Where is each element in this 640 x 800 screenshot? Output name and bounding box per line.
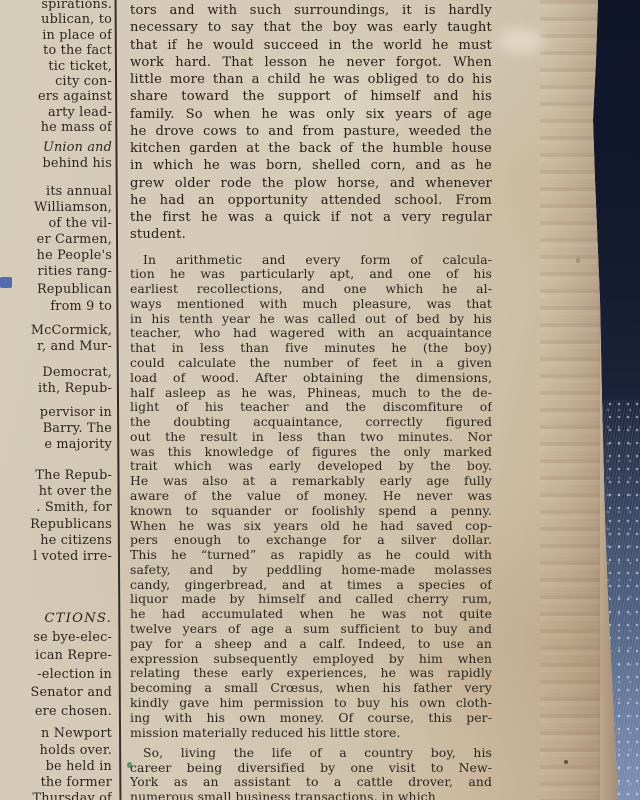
left-column-group: pervisor inBarry. Thee majority [0, 405, 112, 453]
text-line: He was also at a remarkably early age fu… [130, 474, 492, 489]
text-line: Republican [0, 282, 112, 298]
text-line: ith, Repub- [0, 381, 112, 397]
text-line: candy, gingerbread, and at times a speci… [130, 578, 492, 593]
text-line: ht over the [0, 484, 112, 500]
blue-ink-mark [0, 277, 12, 288]
text-line: teacher, who had wagered with an acquain… [130, 326, 492, 341]
text-line: its annual [0, 184, 112, 200]
text-line: known to squander or foolishly spend a p… [130, 504, 492, 519]
text-line: share toward the support of himself and … [130, 88, 492, 105]
text-line: . Smith, for [0, 500, 112, 516]
text-line: necessary to say that the boy was early … [130, 19, 492, 36]
photo-background: spirations.ublican, toin place ofto the … [0, 0, 640, 800]
text-line: ing with his own money. Of course, this … [130, 711, 492, 726]
text-line: Senator and [0, 684, 112, 703]
text-line: York as an assistant to a cattle drover,… [130, 775, 492, 790]
text-line: work hard. That lesson he never forgot. … [130, 54, 492, 71]
text-line: from 9 to [0, 299, 112, 315]
text-line: out the result in less than two minutes.… [130, 430, 492, 445]
text-line: tors and with such surroundings, it is h… [130, 2, 492, 19]
left-column-group: n Newportholds over.be held inthe former… [0, 726, 112, 800]
text-line: light of his teacher and the discomfitur… [130, 400, 492, 415]
text-line: the first he was a quick if not a very r… [130, 209, 492, 226]
text-line: ways mentioned with much pleasure, was t… [130, 297, 492, 312]
text-line: pay for a sheep and a calf. Indeed, to u… [130, 637, 492, 652]
text-line: Williamson, [0, 200, 112, 216]
paper-torn-edge [540, 0, 600, 800]
text-line: in his tenth year he was called out of b… [130, 312, 492, 327]
brown-speck [576, 258, 580, 263]
text-line: ers against [0, 89, 112, 104]
text-line: student. [130, 226, 492, 243]
text-line: Union and [0, 140, 112, 156]
column-divider-rule [115, 0, 122, 800]
text-line: could calculate the number of feet in a … [130, 356, 492, 371]
text-line: Thursday of [0, 791, 112, 800]
left-column-group: Union andbehind his [0, 140, 112, 172]
left-column-group: McCormick,r, and Mur- [0, 323, 112, 355]
left-column-truncated: spirations.ublican, toin place ofto the … [0, 0, 112, 800]
text-line: he citizens [0, 533, 112, 549]
text-line: expression subsequently employed by him … [130, 652, 492, 667]
article-paragraph: In arithmetic and every form of calcula-… [130, 253, 492, 741]
text-line: relating these early experiences, he was… [130, 666, 492, 681]
text-line: numerous small business transactions, in… [130, 790, 492, 800]
text-line: mission materially reduced his little st… [130, 726, 492, 741]
left-column-group: CTIONS. [0, 611, 112, 627]
dark-speck [564, 760, 568, 764]
text-line: spirations. [0, 0, 112, 12]
text-line: The Repub- [0, 468, 112, 484]
text-line: arty lead- [0, 105, 112, 120]
left-column-group: se bye-elec-ican Repre--election inSenat… [0, 629, 112, 722]
text-line: in which he was born, shelled corn, and … [130, 157, 492, 174]
text-line: ere chosen. [0, 703, 112, 722]
text-line: n Newport [0, 726, 112, 742]
left-column-group: Democrat,ith, Repub- [0, 365, 112, 397]
text-line: that in less than five minutes he (the b… [130, 341, 492, 356]
paper-highlight [498, 28, 544, 54]
text-line: McCormick, [0, 323, 112, 339]
text-line: in place of [0, 28, 112, 43]
text-line: pers enough to exchange for a silver dol… [130, 533, 492, 548]
text-line: holds over. [0, 743, 112, 759]
text-line: he People's [0, 248, 112, 264]
text-line: the former [0, 775, 112, 791]
left-column-group: The Repub-ht over the. Smith, forRepubli… [0, 468, 112, 565]
text-line: safety, and by peddling home-made molass… [130, 563, 492, 578]
left-column-group: spirations.ublican, toin place ofto the … [0, 0, 112, 136]
text-line: that if he would succeed in the world he… [130, 37, 492, 54]
text-line: aware of the value of money. He never wa… [130, 489, 492, 504]
text-line: the doubting acquaintance, correctly fig… [130, 415, 492, 430]
main-article-column: tors and with such surroundings, it is h… [130, 2, 492, 800]
text-line: l voted irre- [0, 549, 112, 565]
text-line: career being diversified by one visit to… [130, 761, 492, 776]
text-line: tion he was particularly apt, and one of… [130, 267, 492, 282]
text-line: was this knowledge of figures the only m… [130, 445, 492, 460]
left-column-group: its annualWilliamson,of the vil-er Carme… [0, 184, 112, 281]
text-line: r, and Mur- [0, 339, 112, 355]
text-line: So, living the life of a country boy, hi… [130, 746, 492, 761]
text-line: rities rang- [0, 264, 112, 280]
text-line: tic ticket, [0, 59, 112, 74]
text-line: Barry. The [0, 421, 112, 437]
text-line: CTIONS. [0, 611, 112, 627]
text-line: he drove cows to and from pasture, weede… [130, 123, 492, 140]
left-column-group: Republicanfrom 9 to [0, 282, 112, 314]
text-line: er Carmen, [0, 232, 112, 248]
text-line: becoming a small Crœsus, when his father… [130, 681, 492, 696]
article-paragraph: tors and with such surroundings, it is h… [130, 2, 492, 244]
text-line: he had accumulated when he was not quite [130, 607, 492, 622]
text-line: e majority [0, 437, 112, 453]
text-line: In arithmetic and every form of calcula- [130, 253, 492, 268]
text-line: ican Repre- [0, 647, 112, 666]
text-line: ublican, to [0, 12, 112, 27]
text-line: kitchen garden at the back of the humble… [130, 140, 492, 157]
text-line: kindly gave him permission to buy his ow… [130, 696, 492, 711]
article-paragraph: So, living the life of a country boy, hi… [130, 746, 492, 800]
green-ink-speck [127, 762, 132, 768]
text-line: Republicans [0, 517, 112, 533]
newspaper-page: spirations.ublican, toin place ofto the … [0, 0, 640, 800]
text-line: he mass of [0, 120, 112, 135]
text-line: trait which was early developed by the b… [130, 459, 492, 474]
text-line: half asleep as he was, Phineas, much to … [130, 386, 492, 401]
text-line: behind his [0, 156, 112, 172]
text-line: se bye-elec- [0, 629, 112, 648]
text-line: family. So when he was only six years of… [130, 106, 492, 123]
text-line: This he “turned” as rapidly as he could … [130, 548, 492, 563]
text-line: city con- [0, 74, 112, 89]
text-line: grew older rode the plow horse, and when… [130, 175, 492, 192]
text-line: twelve years of age a sum sufficient to … [130, 622, 492, 637]
text-line: he had an opportunity attended school. F… [130, 192, 492, 209]
text-line: load of wood. After obtaining the dimens… [130, 371, 492, 386]
text-line: Democrat, [0, 365, 112, 381]
text-line: liquor made by himself and called cherry… [130, 592, 492, 607]
text-line: pervisor in [0, 405, 112, 421]
text-line: earliest recollections, and one which he… [130, 282, 492, 297]
text-line: of the vil- [0, 216, 112, 232]
text-line: -election in [0, 666, 112, 685]
text-line: When he was six years old he had saved c… [130, 519, 492, 534]
text-line: be held in [0, 759, 112, 775]
text-line: to the fact [0, 43, 112, 58]
text-line: little more than a child he was obliged … [130, 71, 492, 88]
